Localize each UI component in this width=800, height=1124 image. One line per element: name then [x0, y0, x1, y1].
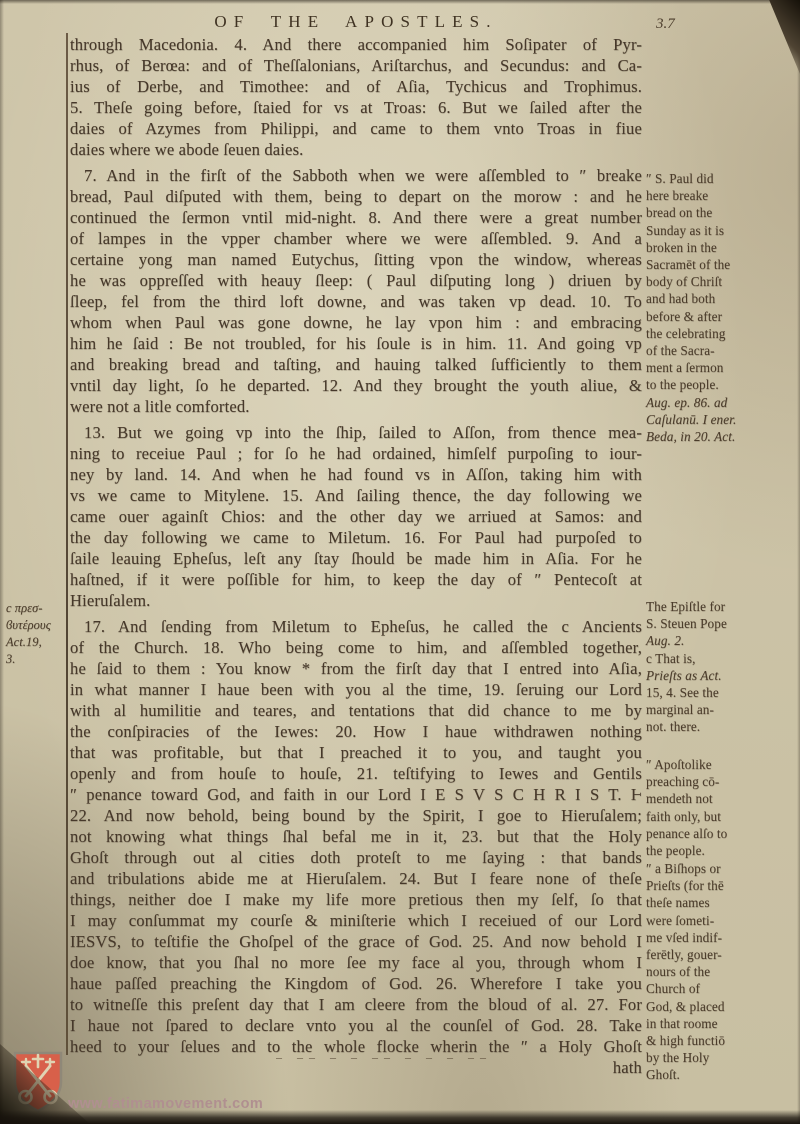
- page-fold-shadow-top-right: [754, 0, 800, 74]
- text-line: I may conſummat my courſe & miniſterie w…: [70, 910, 642, 931]
- running-title: OF THE APOSTLES.: [70, 12, 642, 32]
- text-line: 17. And ſending from Miletum to Epheſus,…: [70, 616, 642, 637]
- text-line: with al humilitie and teares, and tentat…: [70, 700, 642, 721]
- text-line: in what manner I haue been with you al t…: [70, 679, 642, 700]
- text-line: not knowing what things ſhal befal me in…: [70, 826, 642, 847]
- right-margin-note-epistle: The Epiſtle forS. Steuen PopeAug. 2.c Th…: [646, 598, 782, 736]
- text-line: daies where we abode ſeuen daies.: [70, 139, 642, 160]
- scan-edge-top: [0, 0, 800, 4]
- text-line: continued the ſermon vntil mid-night. 8.…: [70, 207, 642, 228]
- text-line: and breaking bread and taſting, and haui…: [70, 354, 642, 375]
- text-line: of lampes in the vpper chamber where we …: [70, 228, 642, 249]
- text-line: came ouer againſt Chios: and the other d…: [70, 506, 642, 527]
- text-line: of the Church. 18. Who being come to him…: [70, 637, 642, 658]
- text-line: theſe names: [646, 894, 782, 911]
- text-line: Beda, in 20. Act.: [646, 428, 782, 445]
- text-line: Caſulanū. I ener.: [646, 411, 782, 428]
- text-line: Ghoſt.: [646, 1066, 782, 1083]
- text-line: ment a ſermon: [646, 359, 782, 376]
- text-line: he was oppreſſed with heauy ſleep: ( Pau…: [70, 270, 642, 291]
- text-line: Church of: [646, 980, 782, 997]
- text-line: vntil day light, ſo he departed. 12. And…: [70, 375, 642, 396]
- text-line: before & after: [646, 308, 782, 325]
- text-line: openly and from houſe to houſe, 21. teſt…: [70, 763, 642, 784]
- column-rule: [66, 33, 68, 1055]
- text-line: to witneſſe this preſent day that I am c…: [70, 994, 642, 1015]
- text-line: I haue not ſpared to declare vnto you al…: [70, 1015, 642, 1036]
- text-line: to the people.: [646, 376, 782, 393]
- text-line: ius of Derbe, and Timothee: and of Aſia,…: [70, 76, 642, 97]
- text-line: 22. And now behold, being bound by the S…: [70, 805, 642, 826]
- right-margin-note-apostolic-preaching: ″ Apoſtolikepreaching cō-mendeth notfait…: [646, 756, 782, 859]
- text-line: bread on the: [646, 204, 782, 221]
- text-line: faith only, but: [646, 808, 782, 825]
- scan-edge-bottom: [0, 1110, 800, 1124]
- text-line: that was profitable, but that I preached…: [70, 742, 642, 763]
- text-line: daies of Azymes from Philippi, and came …: [70, 118, 642, 139]
- text-line: ″ penance toward God, and faith in our L…: [70, 784, 642, 805]
- text-line: Sunday as it is: [646, 222, 782, 239]
- text-line: and had both: [646, 290, 782, 307]
- text-line: Prieſts (for thē: [646, 877, 782, 894]
- text-line: were not a litle comforted.: [70, 396, 642, 417]
- text-line: rhus, of Berœa: and of Theſſalonians, Ar…: [70, 55, 642, 76]
- text-line: through Macedonia. 4. And there accompan…: [70, 34, 642, 55]
- text-line: ferētly, gouer-: [646, 946, 782, 963]
- text-line: haue paſſed preaching the Kingdom of God…: [70, 973, 642, 994]
- text-line: Prieſts as Act.: [646, 667, 782, 684]
- text-line: broken in the: [646, 239, 782, 256]
- text-line: he ſaid to them : You know * from the fi…: [70, 658, 642, 679]
- text-line: 13. But we going vp into the ſhip, ſaile…: [70, 422, 642, 443]
- text-line: Sacramēt of the: [646, 256, 782, 273]
- scanned-bible-page: OF THE APOSTLES. 3.7 through Macedonia. …: [0, 0, 800, 1124]
- right-margin-note-bishops: ″ a Biſhops orPrieſts (for thētheſe name…: [646, 860, 782, 1084]
- text-line: IESVS, to teſtifie the Ghoſpel of the gr…: [70, 931, 642, 952]
- text-line: 7. And in the firſt of the Sabboth when …: [70, 165, 642, 186]
- text-line: Hieruſalem.: [70, 590, 642, 611]
- text-line: Αct.19,: [6, 634, 64, 651]
- text-line: the celebrating: [646, 325, 782, 342]
- text-line: certaine yong man named Eutychus, ſittin…: [70, 249, 642, 270]
- text-line: bread, Paul diſputed with them, being to…: [70, 186, 642, 207]
- text-line: of the Sacra-: [646, 342, 782, 359]
- text-line: 5. Theſe going before, ſtaied for vs at …: [70, 97, 642, 118]
- text-line: 15, 4. See the: [646, 684, 782, 701]
- text-line: body of Chriſt: [646, 273, 782, 290]
- text-line: preaching cō-: [646, 773, 782, 790]
- text-line: nours of the: [646, 963, 782, 980]
- text-line: The Epiſtle for: [646, 598, 782, 615]
- text-line: marginal an-: [646, 701, 782, 718]
- text-line: him he ſaid : Be not troubled, for his ſ…: [70, 333, 642, 354]
- text-line: things, neither doe I make my life more …: [70, 889, 642, 910]
- text-line: whom when Paul was gone downe, he lay vp…: [70, 312, 642, 333]
- text-line: ″ Apoſtolike: [646, 756, 782, 773]
- underline-marks: – –– – – –– – – – ––: [276, 1050, 606, 1065]
- text-line: mendeth not: [646, 790, 782, 807]
- text-line: Aug. ep. 86. ad: [646, 394, 782, 411]
- main-text-column: through Macedonia. 4. And there accompan…: [70, 34, 642, 1078]
- text-line: ney by land. 14. And when he had found v…: [70, 464, 642, 485]
- text-line: penance alſo to: [646, 825, 782, 842]
- text-line: ϐυτέρους: [6, 617, 64, 634]
- left-margin-note-greek: c πρεσ-ϐυτέρουςΑct.19,3.: [6, 600, 64, 668]
- text-line: ſleep, fel from the third loft downe, an…: [70, 291, 642, 312]
- text-line: and tribulations abide me at Hieruſalem.…: [70, 868, 642, 889]
- text-line: me vſed indif-: [646, 929, 782, 946]
- text-line: in that roome: [646, 1015, 782, 1032]
- text-line: c πρεσ-: [6, 600, 64, 617]
- text-line: not. there.: [646, 718, 782, 735]
- text-line: here breake: [646, 187, 782, 204]
- page-number: 3.7: [656, 16, 726, 33]
- text-line: S. Steuen Pope: [646, 615, 782, 632]
- text-line: ″ S. Paul did: [646, 170, 782, 187]
- text-line: ″ a Biſhops or: [646, 860, 782, 877]
- text-line: vs we came to Mitylene. 15. And ſailing …: [70, 485, 642, 506]
- text-line: the conſpiracies of the Iewes: 20. How I…: [70, 721, 642, 742]
- text-line: c That is,: [646, 650, 782, 667]
- text-line: God, & placed: [646, 998, 782, 1015]
- scan-edge-left: [0, 0, 4, 1124]
- text-line: Ghoſt through out al cities doth proteſt…: [70, 847, 642, 868]
- text-line: by the Holy: [646, 1049, 782, 1066]
- text-line: were ſometi-: [646, 912, 782, 929]
- text-line: ning to receiue Paul ; for ſo he had ord…: [70, 443, 642, 464]
- right-margin-note-sunday-bread: ″ S. Paul didhere breakebread on theSund…: [646, 170, 782, 445]
- text-line: 3.: [6, 651, 64, 668]
- text-line: the day following we came to Miletum. 16…: [70, 527, 642, 548]
- text-line: Aug. 2.: [646, 632, 782, 649]
- text-line: ſaile leauing Epheſus, leſt any ſtay ſho…: [70, 548, 642, 569]
- text-line: & high functiō: [646, 1032, 782, 1049]
- text-line: doe know, that you ſhal no more ſee my f…: [70, 952, 642, 973]
- text-line: the people.: [646, 842, 782, 859]
- text-line: haſtned, if it were poſſible for him, to…: [70, 569, 642, 590]
